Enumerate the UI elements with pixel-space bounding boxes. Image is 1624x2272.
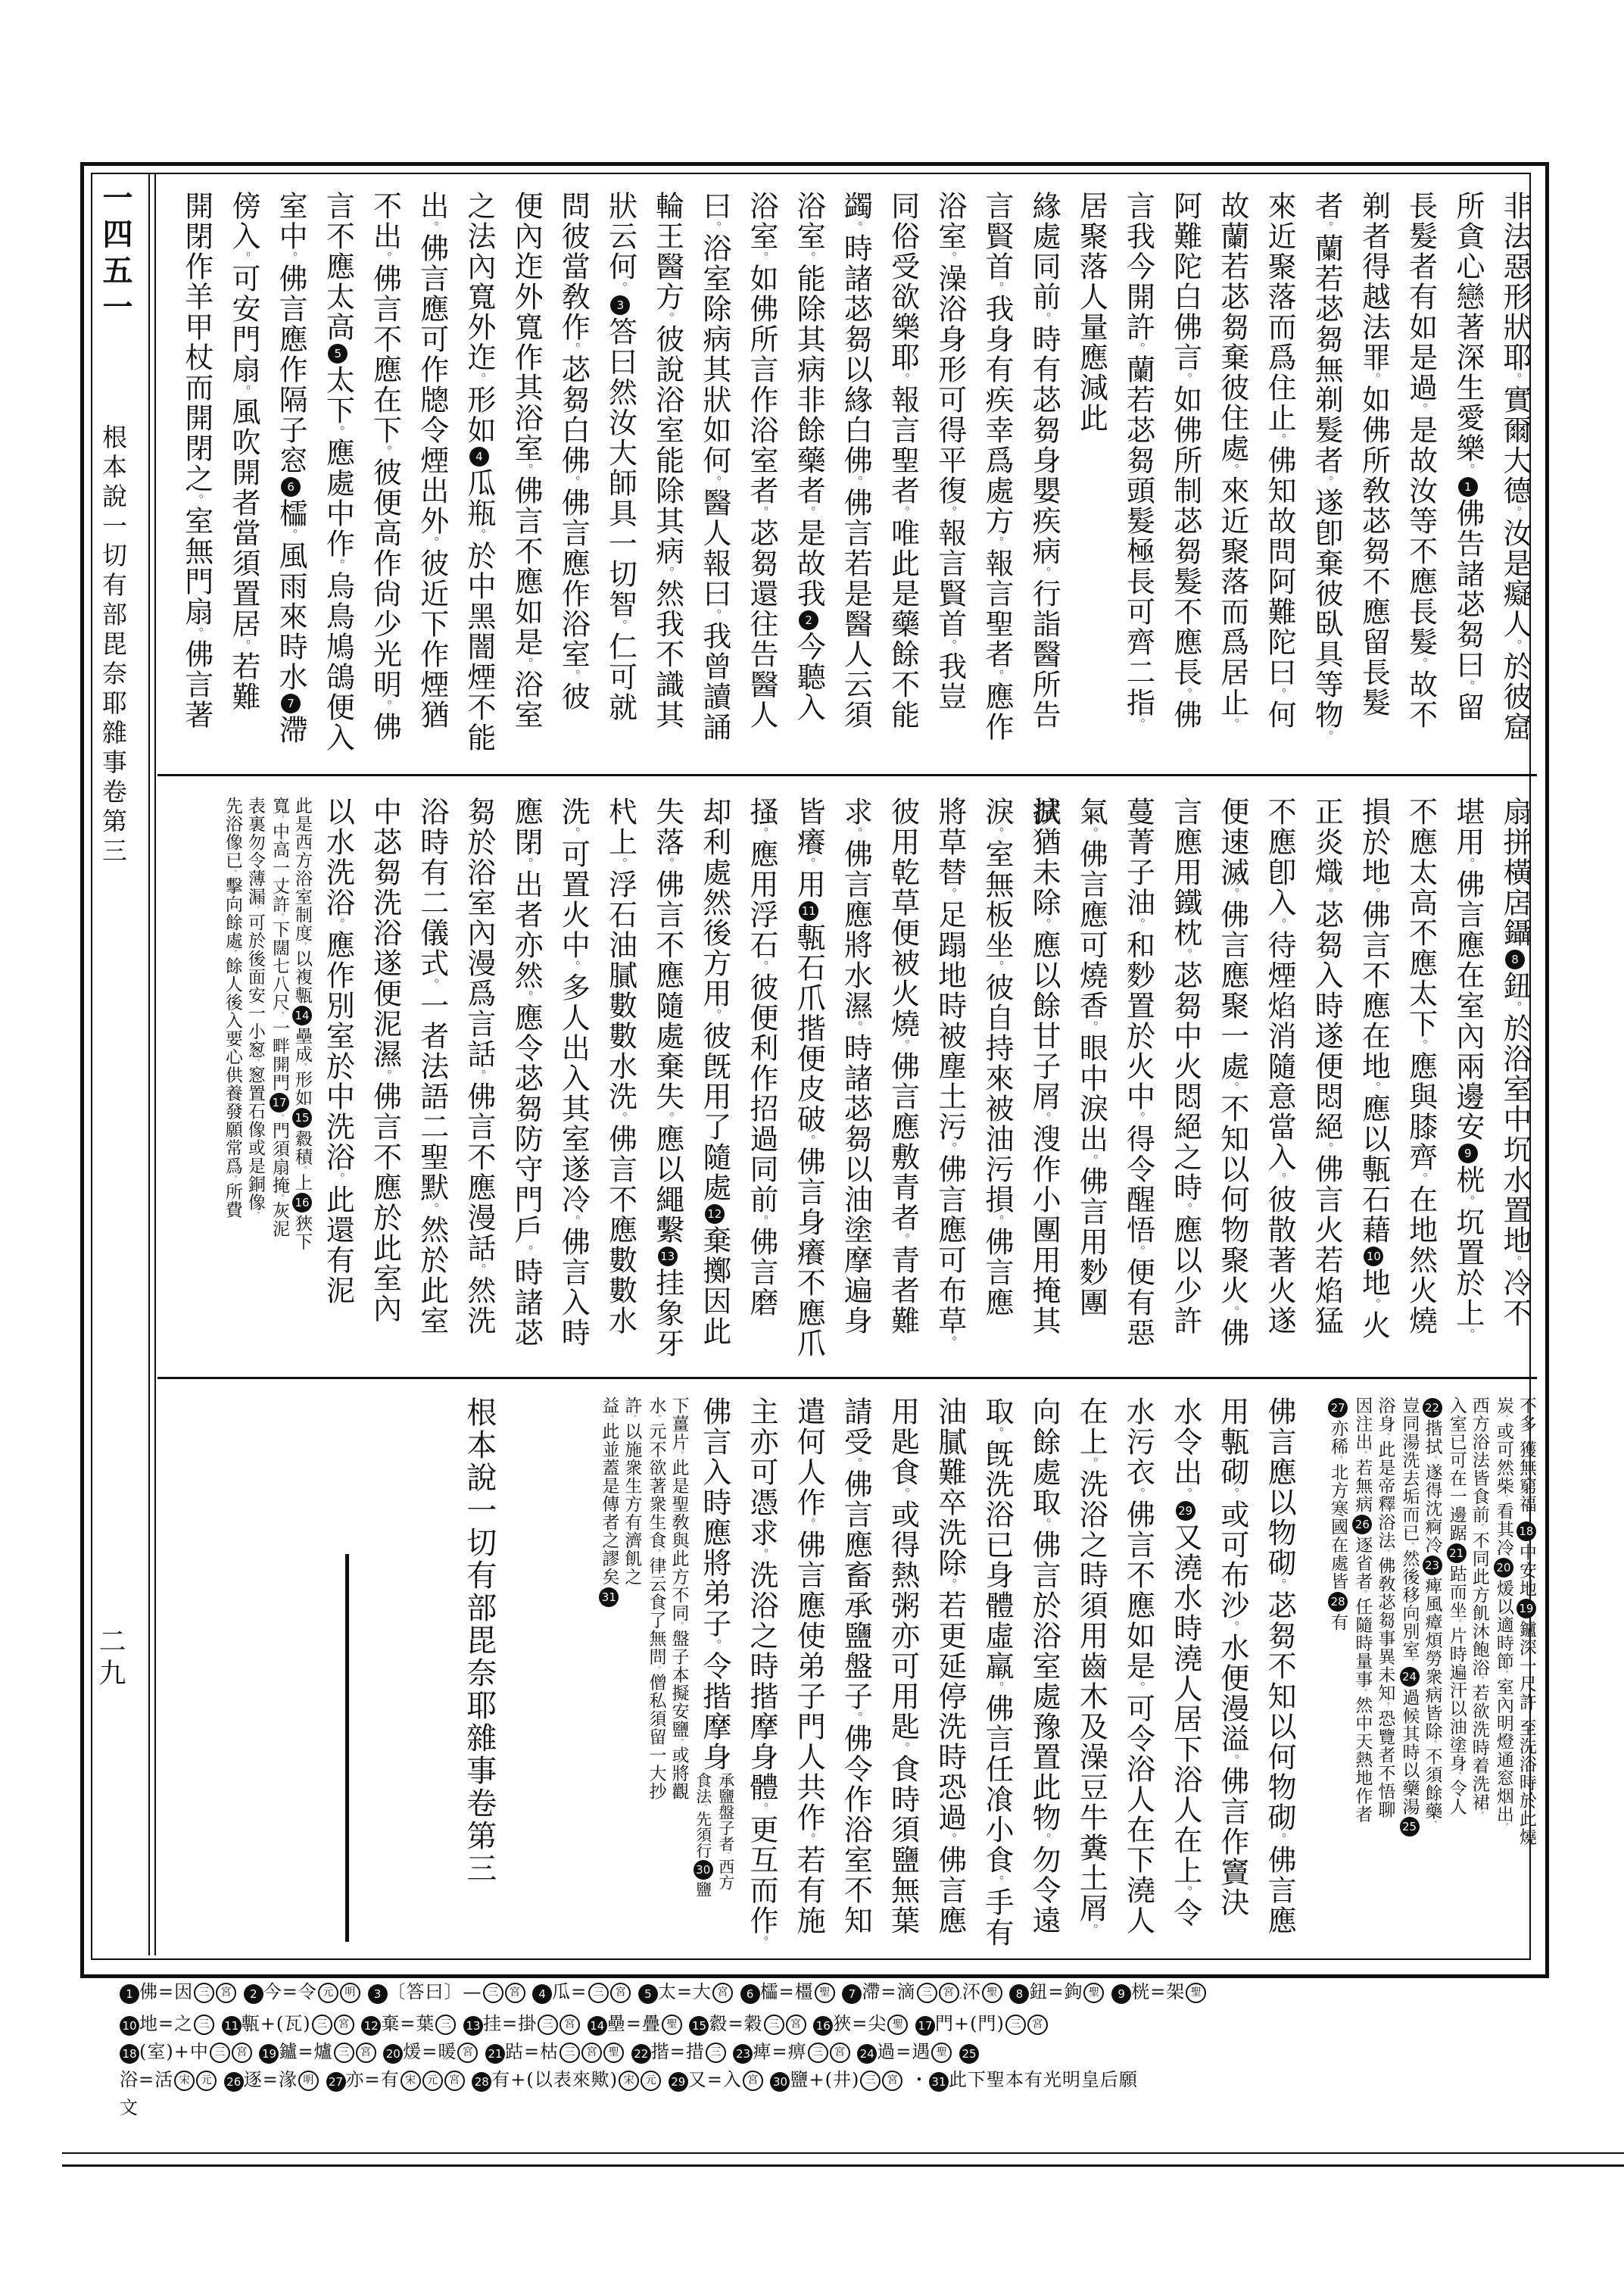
witness-siglum-icon: 聖	[931, 2043, 952, 2063]
footnote-ref-icon: 5	[638, 1984, 658, 2004]
footnote-apparatus: 1佛=因三宮 2今=令元明 3〔答曰〕—三宮 4瓜=𤓰三宮 5太=大宮 6櫺=橿…	[120, 1978, 1543, 2122]
text-column: 水污衣。佛言不應如是。可令浴人在下澆人	[1114, 1397, 1161, 1958]
scanned-canon-page: 一四五一 根本說一切有部毘奈耶雜事卷第三 二九 非法惡形狀耶。實爾大德。汝是癡人…	[0, 0, 1624, 2272]
register-1: 非法惡形狀耶。實爾大德。汝是癡人。於彼窟所貪心戀著深生愛樂。1佛告諸苾芻曰。留長…	[171, 191, 1538, 753]
small-note-column: 此是西方浴室制度。以複甎14壘成。形如15縠積。上16狹下寬。中高一丈許。下闊七…	[267, 797, 314, 1359]
footnote-ref-icon: 23	[733, 2044, 753, 2064]
witness-siglum-icon: 三	[764, 2015, 784, 2035]
footnote-ref-icon: 6	[740, 1984, 760, 2004]
text-column: 佛言入時應將弟子。令揩摩身	[691, 1397, 738, 1772]
small-note-right: 浴身。此是帝釋浴法。佛敎苾芻事異未知。恐覽者不悟聊	[1373, 1397, 1396, 1958]
small-note-column: 許。以施衆生方有濟飢之益。此並蓋是傳者之謬矣31	[597, 1397, 644, 1958]
small-note-right: 22揩拭。遂得沈痾冷23痺風瘴煩勞衆病皆除。不須餘藥。	[1421, 1397, 1444, 1958]
witness-siglum-icon: 元	[422, 2071, 443, 2091]
footnote-ref-icon: 12	[705, 1204, 725, 1224]
footnote-ref-icon: 29	[669, 2072, 688, 2092]
footnote-ref-icon: 28	[472, 2072, 491, 2092]
text-column: 損於地。佛言不應在地。應以甎石藉10地。火	[1350, 797, 1397, 1359]
small-note-left: 炭。或可然柴。看其冷20煖以適時節。室內明燈通窓烟出。	[1492, 1397, 1515, 1958]
footnote-ref-icon: 10	[1364, 1247, 1383, 1266]
small-note-column: 22揩拭。遂得沈痾冷23痺風瘴煩勞衆病皆除。不須餘藥。豈同湯洗去垢而已。然後移向…	[1397, 1397, 1444, 1958]
text-column: 扇拼橫扂鑷8鈕。於浴室中坈水置地。冷不	[1492, 797, 1538, 1359]
footnote-ref-icon: 1	[120, 1984, 139, 2004]
blank-column	[314, 1397, 361, 1958]
text-column: 杙上。浮石油膩數數水洗。佛言不應數數水	[597, 797, 644, 1359]
footnote-ref-icon: 27	[326, 2072, 346, 2092]
witness-siglum-icon: 宋	[174, 2071, 195, 2091]
witness-siglum-icon: 宮	[1027, 2015, 1048, 2035]
witness-siglum-icon: 三	[210, 2043, 230, 2063]
witness-siglum-icon: 元	[318, 1983, 338, 2003]
footnote-ref-icon: 20	[1494, 1558, 1513, 1578]
text-column: 剃者得越法罪。如佛所敎苾芻不應留長髮	[1350, 191, 1397, 753]
footnote-ref-icon: 16	[292, 1193, 312, 1212]
footnote-ref-icon: 27	[1328, 1398, 1348, 1418]
footnote-line: 10地=之三 11甎+(瓦)三宮 12棄=葉三 13挂=掛三宮 14壘=疊聖 1…	[120, 2010, 1543, 2038]
witness-siglum-icon: 三	[1005, 2015, 1026, 2035]
text-column: 問彼當敎作。苾芻白佛。佛言應作浴室。彼	[550, 191, 597, 753]
inline-note: 承鹽盤子者。西方食法。先須行30鹽	[691, 1772, 738, 1958]
text-column: 浴室。如佛所言作浴室者。苾芻還往告醫人	[738, 191, 785, 753]
text-column: 用甎砌。或可布沙。水便漫溢。佛言作竇決	[1209, 1397, 1256, 1958]
text-column: 蠲。時諸苾芻以緣白佛。佛言若是醫人云須	[832, 191, 879, 753]
text-column: 緣處同前。時有苾芻身嬰疾病。行詣醫所告	[1021, 191, 1068, 753]
register-3: 不多。獲無窮福。18中安地19鑪深一尺許。至洗浴時於此燒炭。或可然柴。看其冷20…	[171, 1397, 1538, 1958]
footnote-line: 1佛=因三宮 2今=令元明 3〔答曰〕—三宮 4瓜=𤓰三宮 5太=大宮 6櫺=橿…	[120, 1978, 1543, 2010]
text-column: 堪用。佛言應在室內兩邊安9桄。坈置於上。	[1445, 797, 1492, 1359]
text-column: 室中。佛言應作隔子窓6櫺。風雨來時水7滯	[267, 191, 314, 753]
blank-column	[409, 1397, 456, 1958]
witness-siglum-icon: 宮	[444, 2071, 465, 2091]
footnote-ref-icon: 11	[222, 2016, 242, 2036]
text-column: 請受。佛言應畜承鹽盤子。佛令作浴室不知	[832, 1397, 879, 1958]
margin-text-number: 一四五一	[94, 182, 137, 327]
small-note-column: 表裏勿令薄漏。可於後面安一小䆫。䆫置石像或是銅像。先浴像已。擊向餘處。餘人後入要…	[220, 797, 267, 1359]
footnote-ref-icon: 2	[799, 610, 818, 630]
witness-siglum-icon: 三	[560, 2043, 580, 2063]
footnote-ref-icon: 18	[1516, 1521, 1536, 1541]
text-column: 故蘭若苾芻棄彼住處。來近聚落而爲居止。	[1209, 191, 1256, 753]
witness-siglum-icon: 宮	[712, 1983, 733, 2003]
small-note-right: 此是西方浴室制度。以複甎14壘成。形如15縠積。上16狹下	[291, 797, 313, 1359]
text-column: 洗。可置火中。多人出入其室遂冷。佛言入時	[550, 797, 597, 1359]
blank-column	[267, 1397, 314, 1958]
text-column: 浴室。澡浴身形可得平復。報言賢首。我豈	[927, 191, 974, 753]
footnote-ref-icon: 5	[328, 344, 348, 364]
footnote-ref-icon: 25	[959, 2044, 979, 2064]
text-column: 不應卽入。待煙焰消隨意當入。彼散著火遂	[1256, 797, 1303, 1359]
witness-siglum-icon: 宮	[334, 2015, 354, 2035]
text-column: 淚猶未除。應以餘甘子屑。溲作小團用掩其	[1021, 797, 1068, 1359]
footnote-ref-icon: 13	[658, 1247, 678, 1266]
text-column: 用匙食。或得熱粥亦可用匙。食時須鹽無葉	[879, 1397, 926, 1958]
footnote-ref-icon: 31	[929, 2072, 949, 2092]
witness-siglum-icon: 三	[194, 1983, 214, 2003]
text-column: 長髮者有如是過。是故汝等不應長髮。故不	[1397, 191, 1444, 753]
text-column: 求。佛言應將水濕。時諸苾芻以油塗摩遍身	[832, 797, 879, 1359]
text-column: 狀云何。3答曰然汝大師具一切智。仁可就	[597, 191, 644, 753]
register-2: 扇拼橫扂鑷8鈕。於浴室中坈水置地。冷不堪用。佛言應在室內兩邊安9桄。坈置於上。不…	[171, 797, 1538, 1359]
footnote-ref-icon: 10	[120, 2016, 139, 2036]
text-column: 言賢首。我身有疾幸爲處方。報言聖者。應作	[974, 191, 1021, 753]
witness-siglum-icon: 聖	[603, 2043, 624, 2063]
witness-siglum-icon: 三	[538, 2015, 558, 2035]
text-column: 芻於浴室內漫爲言話。佛言不應漫話。然洗	[456, 797, 503, 1359]
witness-siglum-icon: 聖	[982, 1983, 1002, 2003]
witness-siglum-icon: 宮	[560, 2015, 580, 2035]
margin-divider-line	[154, 174, 156, 1955]
small-note-left: 豈同湯洗去垢而已。然後移向別室。24過候其時以藥湯25	[1398, 1397, 1421, 1958]
small-note-right: 下薑片。此是聖敎與此方不同。盤子本擬安鹽。或將觀	[668, 1397, 690, 1958]
footnote-ref-icon: 24	[857, 2044, 877, 2064]
footnote-ref-icon: 9	[1458, 1144, 1478, 1163]
text-column: 在上。洗浴之時須用齒木及澡豆牛糞土屑。	[1068, 1397, 1114, 1958]
text-column: 開閉作羊甲杖而開閉之。室無門扇。佛言著	[173, 191, 220, 753]
footnote-ref-icon: 16	[813, 2016, 833, 2036]
footnote-ref-icon: 15	[292, 1108, 312, 1128]
footnote-ref-icon: 11	[799, 901, 818, 921]
small-note-right: 承鹽盤子者。西方	[715, 1772, 737, 1958]
text-column: 出。佛言應可作牕令煙出外。彼近下作煙猶	[409, 191, 456, 753]
footnote-ref-icon: 2	[244, 1984, 263, 2004]
margin-divider-line	[148, 174, 150, 1955]
witness-siglum-icon: 宋	[401, 2071, 421, 2091]
footnote-ref-icon: 24	[1400, 1667, 1420, 1687]
footnote-ref-icon: 19	[1516, 1599, 1536, 1618]
small-note-left: 食法。先須行30鹽	[692, 1772, 715, 1958]
blank-column	[550, 1397, 597, 1958]
witness-siglum-icon: 三	[917, 1983, 937, 2003]
witness-siglum-icon: 三	[435, 2015, 456, 2035]
text-column: 中苾芻洗浴遂便泥濕。佛言不應於此室內	[361, 797, 408, 1359]
footnote-ref-icon: 8	[1505, 950, 1525, 969]
witness-siglum-icon: 三	[334, 2043, 354, 2063]
witness-siglum-icon: 聖	[815, 1983, 835, 2003]
colophon-column: 根本說一切有部毘奈耶雜事卷第三	[456, 1397, 503, 1958]
text-column: 不應太高不應太下。應與膝齊。在地然火燒	[1397, 797, 1444, 1359]
witness-siglum-icon: 宮	[232, 2043, 252, 2063]
small-note-column: 27亦稀。北方寒國在處皆28有	[1303, 1397, 1350, 1958]
text-column: 油膩難卒洗除。若更延停洗時恐過。佛言應	[927, 1397, 974, 1958]
footnote-line: 18(室)+中三宮 19鑪=爐三宮 20煖=暖宮 21跍=枯三宮聖 22揩=措三…	[120, 2038, 1543, 2066]
small-note-left: 益。此並蓋是傳者之謬矣31	[597, 1397, 620, 1958]
footnote-ref-icon: 31	[599, 1587, 619, 1607]
footnote-ref-icon: 28	[1328, 1592, 1348, 1612]
footnote-ref-icon: 22	[1423, 1398, 1442, 1418]
footnote-ref-icon: 18	[120, 2044, 139, 2064]
small-note-column: 下薑片。此是聖敎與此方不同。盤子本擬安鹽。或將觀水。元不欲著衆生食。律云食了無問…	[644, 1397, 690, 1958]
footnote-ref-icon: 13	[463, 2016, 483, 2036]
footnote-ref-icon: 12	[361, 2016, 381, 2036]
witness-siglum-icon: 三	[706, 2043, 726, 2063]
footnote-ref-icon: 22	[631, 2044, 651, 2064]
footnote-ref-icon: 30	[770, 2072, 790, 2092]
small-note-right: 不多。獲無窮福。18中安地19鑪深一尺許。至洗浴時於此燒	[1515, 1397, 1538, 1958]
small-note-left: 先浴像已。擊向餘處。餘人後入要心供養發願常爲。所費	[221, 797, 244, 1359]
blank-column	[503, 1397, 550, 1958]
footnote-ref-icon: 3	[368, 1984, 388, 2004]
footnote-ref-icon: 23	[1423, 1556, 1442, 1575]
witness-siglum-icon: 元	[641, 2071, 661, 2091]
footnote-ref-icon: 25	[1400, 1817, 1420, 1837]
small-note-right: 西方浴法皆食前。不同此方飢沐飽浴。若欲洗時着洗裙。	[1468, 1397, 1491, 1958]
footnote-ref-icon: 15	[689, 2016, 709, 2036]
text-column: 傍入。可安門扇。風吹開者當須置居。若難	[220, 191, 267, 753]
text-column: 浴室。能除其病非餘藥者。是故我2今聽入	[785, 191, 832, 753]
mixed-column: 佛言入時應將弟子。令揩摩身承鹽盤子者。西方食法。先須行30鹽	[691, 1397, 738, 1958]
bottom-rule	[62, 2152, 1624, 2154]
footnote-line: 浴=活宋元 26逐=湪明 27亦=有宋元宮 28有+(以表來歟)宋元 29又=入…	[120, 2066, 1543, 2094]
blank-column	[220, 1397, 267, 1958]
witness-siglum-icon: 宮	[457, 2043, 478, 2063]
text-column: 蔓菁子油。和麨置於火中。得令醒悟。便有惡	[1114, 797, 1161, 1359]
margin-title: 根本說一切有部毘奈耶雜事卷第三	[95, 424, 131, 867]
text-column: 曰。浴室除病其狀如何。醫人報曰。我曾讀誦	[691, 191, 738, 753]
small-note-column: 西方浴法皆食前。不同此方飢沐飽浴。若欲洗時着洗裙。入室已可在一邊踞21跍而坐。片…	[1445, 1397, 1492, 1958]
text-column: 向餘處取。佛言於浴室處豫置此物。勿令遠	[1021, 1397, 1068, 1958]
footnote-ref-icon: 21	[485, 2044, 505, 2064]
text-column: 却利處然後方用。彼旣用了隨處12棄擲因此	[691, 797, 738, 1359]
blank-column	[173, 797, 220, 1359]
text-column: 居聚落人量應減此	[1068, 191, 1114, 753]
small-note-right: 許。以施衆生方有濟飢之	[620, 1397, 643, 1958]
footnote-ref-icon: 9	[1111, 1984, 1131, 2004]
text-column: 皆癢。用11甎石爪揩便皮破。佛言身癢不應爪	[785, 797, 832, 1359]
text-column: 水令出。29又澆水時澆人居下浴人在上。令	[1162, 1397, 1209, 1958]
witness-siglum-icon: 明	[298, 2071, 319, 2091]
text-column: 言不應太高5太下。應處中作。烏鳥鳩鴿便入	[314, 191, 361, 753]
text-column: 搔。應用浮石。彼便利作招過同前。佛言磨	[738, 797, 785, 1359]
witness-siglum-icon: 宮	[743, 2071, 763, 2091]
footnote-ref-icon: 4	[532, 1984, 552, 2004]
witness-siglum-icon: 三	[860, 2071, 881, 2091]
witness-siglum-icon: 三	[808, 2043, 828, 2063]
text-column: 浴時有二儀式。一者法語二聖默。然於此室	[409, 797, 456, 1359]
footnote-ref-icon: 14	[292, 1006, 312, 1025]
text-column: 遣何人作。佛言應使弟子門人共作。若有施	[785, 1397, 832, 1958]
footnote-ref-icon: 4	[469, 447, 489, 467]
blank-column	[361, 1397, 408, 1958]
text-column: 同俗受欲樂耶。報言聖者。唯此是藥餘不能	[879, 191, 926, 753]
text-column: 言我今開許。蘭若苾芻頭髮極長可齊二指。	[1114, 191, 1161, 753]
text-column: 取。旣洗浴已身體虛羸。佛言任飡小食。手有	[974, 1397, 1021, 1958]
small-note-right: 表裏勿令薄漏。可於後面安一小䆫。䆫置石像或是銅像。	[244, 797, 267, 1359]
footnote-ref-icon: 8	[1009, 1984, 1029, 2004]
footnote-ref-icon: 7	[281, 694, 301, 713]
text-column: 佛言應以物砌。苾芻不知以何物砌。佛言應	[1256, 1397, 1303, 1958]
text-column: 不出。佛言不應在下。彼便高作尙少光明。佛	[361, 191, 408, 753]
small-note-right: 27亦稀。北方寒國在處皆28有	[1326, 1397, 1349, 1958]
text-column: 以水洗浴。應作別室於中洗浴。此還有泥	[314, 797, 361, 1359]
small-note-column: 不多。獲無窮福。18中安地19鑪深一尺許。至洗浴時於此燒炭。或可然柴。看其冷20…	[1492, 1397, 1538, 1958]
witness-siglum-icon: 元	[196, 2071, 217, 2091]
footnote-ref-icon: 20	[383, 2044, 403, 2064]
small-note-left: 入室已可在一邊踞21跍而坐。片時遍汗以油塗身。令人	[1445, 1397, 1468, 1958]
witness-siglum-icon: 聖	[1083, 1983, 1104, 2003]
text-column: 正炎熾。苾芻入時遂便悶絕。佛言火若焰猛	[1303, 797, 1350, 1359]
bottom-rule	[62, 2164, 1624, 2167]
witness-siglum-icon: 宮	[216, 1983, 236, 2003]
text-column: 所貪心戀著深生愛樂。1佛告諸苾芻曰。留	[1445, 191, 1492, 753]
witness-siglum-icon: 宮	[356, 2043, 376, 2063]
footnote-ref-icon: 14	[588, 2016, 607, 2036]
witness-siglum-icon: 三	[312, 2015, 332, 2035]
small-note-left	[1304, 1397, 1326, 1958]
footnote-ref-icon: 19	[259, 2044, 279, 2064]
register-divider-2	[157, 1377, 1537, 1379]
witness-siglum-icon: 聖	[1186, 1983, 1206, 2003]
footnote-ref-icon: 26	[224, 2072, 244, 2092]
footnote-ref-icon: 17	[270, 1093, 289, 1113]
witness-siglum-icon: 明	[340, 1983, 360, 2003]
witness-siglum-icon: 宮	[610, 1983, 631, 2003]
witness-siglum-icon: 宮	[830, 2043, 850, 2063]
witness-siglum-icon: 聖	[662, 2015, 682, 2035]
footnote-ref-icon: 3	[610, 295, 630, 315]
small-note-column: 浴身。此是帝釋浴法。佛敎苾芻事異未知。恐覽者不悟聊因注出。若無病26逐省者。任隨…	[1350, 1397, 1397, 1958]
text-column: 便內迮外寬作其浴室。佛言不應如是。浴室	[503, 191, 550, 753]
footnote-ref-icon: 30	[694, 1860, 713, 1880]
blank-column	[173, 1397, 220, 1958]
footnote-ref-icon: 29	[1176, 1501, 1195, 1521]
text-column: 者。蘭若苾芻無剃髮者。遂卽棄彼臥具等物。	[1303, 191, 1350, 753]
witness-siglum-icon: 宮	[882, 2071, 902, 2091]
text-column: 將草替。足蹋地時被塵土污。佛言應可布草。	[927, 797, 974, 1359]
witness-siglum-icon: 三	[483, 1983, 503, 2003]
text-column: 之法內寬外迮。形如4瓜瓶。於中黑闇煙不能	[456, 191, 503, 753]
witness-siglum-icon: 宮	[581, 2043, 602, 2063]
text-column: 來近聚落而爲住止。佛知故問阿難陀曰。何	[1256, 191, 1303, 753]
text-column: 失落。佛言不應隨處棄失。應以繩繫13挂象牙	[644, 797, 690, 1359]
text-column: 彼用乾草便被火燒。佛言應敷青者。青者難	[879, 797, 926, 1359]
small-note-left: 水。元不欲著衆生食。律云食了無問。僧私須留一大抄	[645, 1397, 668, 1958]
witness-siglum-icon: 聖	[887, 2015, 908, 2035]
text-column: 應閉。出者亦然。應令苾芻防守門戶。時諸苾	[503, 797, 550, 1359]
text-column: 非法惡形狀耶。實爾大德。汝是癡人。於彼窟	[1492, 191, 1538, 753]
witness-siglum-icon: 三	[588, 1983, 609, 2003]
register-divider-1	[157, 774, 1537, 776]
footnote-ref-icon: 21	[1447, 1543, 1467, 1563]
witness-siglum-icon: 宮	[939, 1983, 959, 2003]
text-column: 氣。佛言應可燒香。眼中淚出。佛言用麨團拭。	[1068, 797, 1114, 1359]
text-column: 主亦可憑求。洗浴之時揩摩身體。更互而作。	[738, 1397, 785, 1958]
page-number: 二九	[91, 1627, 129, 1690]
small-note-left: 寬。中高一丈許。下闊七八尺。一畔開門17。門須扇掩。灰泥	[268, 797, 291, 1359]
witness-siglum-icon: 三	[194, 2015, 214, 2035]
text-column: 言應用鐵枕。苾芻中火悶絕之時。應以少許	[1162, 797, 1209, 1359]
footnote-line: 文	[120, 2094, 1543, 2122]
witness-siglum-icon: 宋	[619, 2071, 639, 2091]
text-column: 便速滅。佛言應聚一處。不知以何物聚火。佛	[1209, 797, 1256, 1359]
text-column: 輪王醫方。彼說浴室能除其病。然我不識其	[644, 191, 690, 753]
text-column: 阿難陀白佛言。如佛所制苾芻髮不應長。佛	[1162, 191, 1209, 753]
footnote-ref-icon: 7	[842, 1984, 862, 2004]
footnote-ref-icon: 17	[915, 2016, 935, 2036]
small-note-left: 因注出。若無病26逐省者。任隨時量事。然中天熱地作者	[1351, 1397, 1373, 1958]
footnote-ref-icon: 26	[1352, 1515, 1372, 1534]
witness-siglum-icon: 宮	[505, 1983, 525, 2003]
text-column: 淚。室無板坐。彼自持來被油污損。佛言應	[974, 797, 1021, 1359]
footnote-ref-icon: 6	[281, 477, 301, 497]
witness-siglum-icon: 宮	[786, 2015, 806, 2035]
footnote-ref-icon: 1	[1458, 477, 1478, 497]
